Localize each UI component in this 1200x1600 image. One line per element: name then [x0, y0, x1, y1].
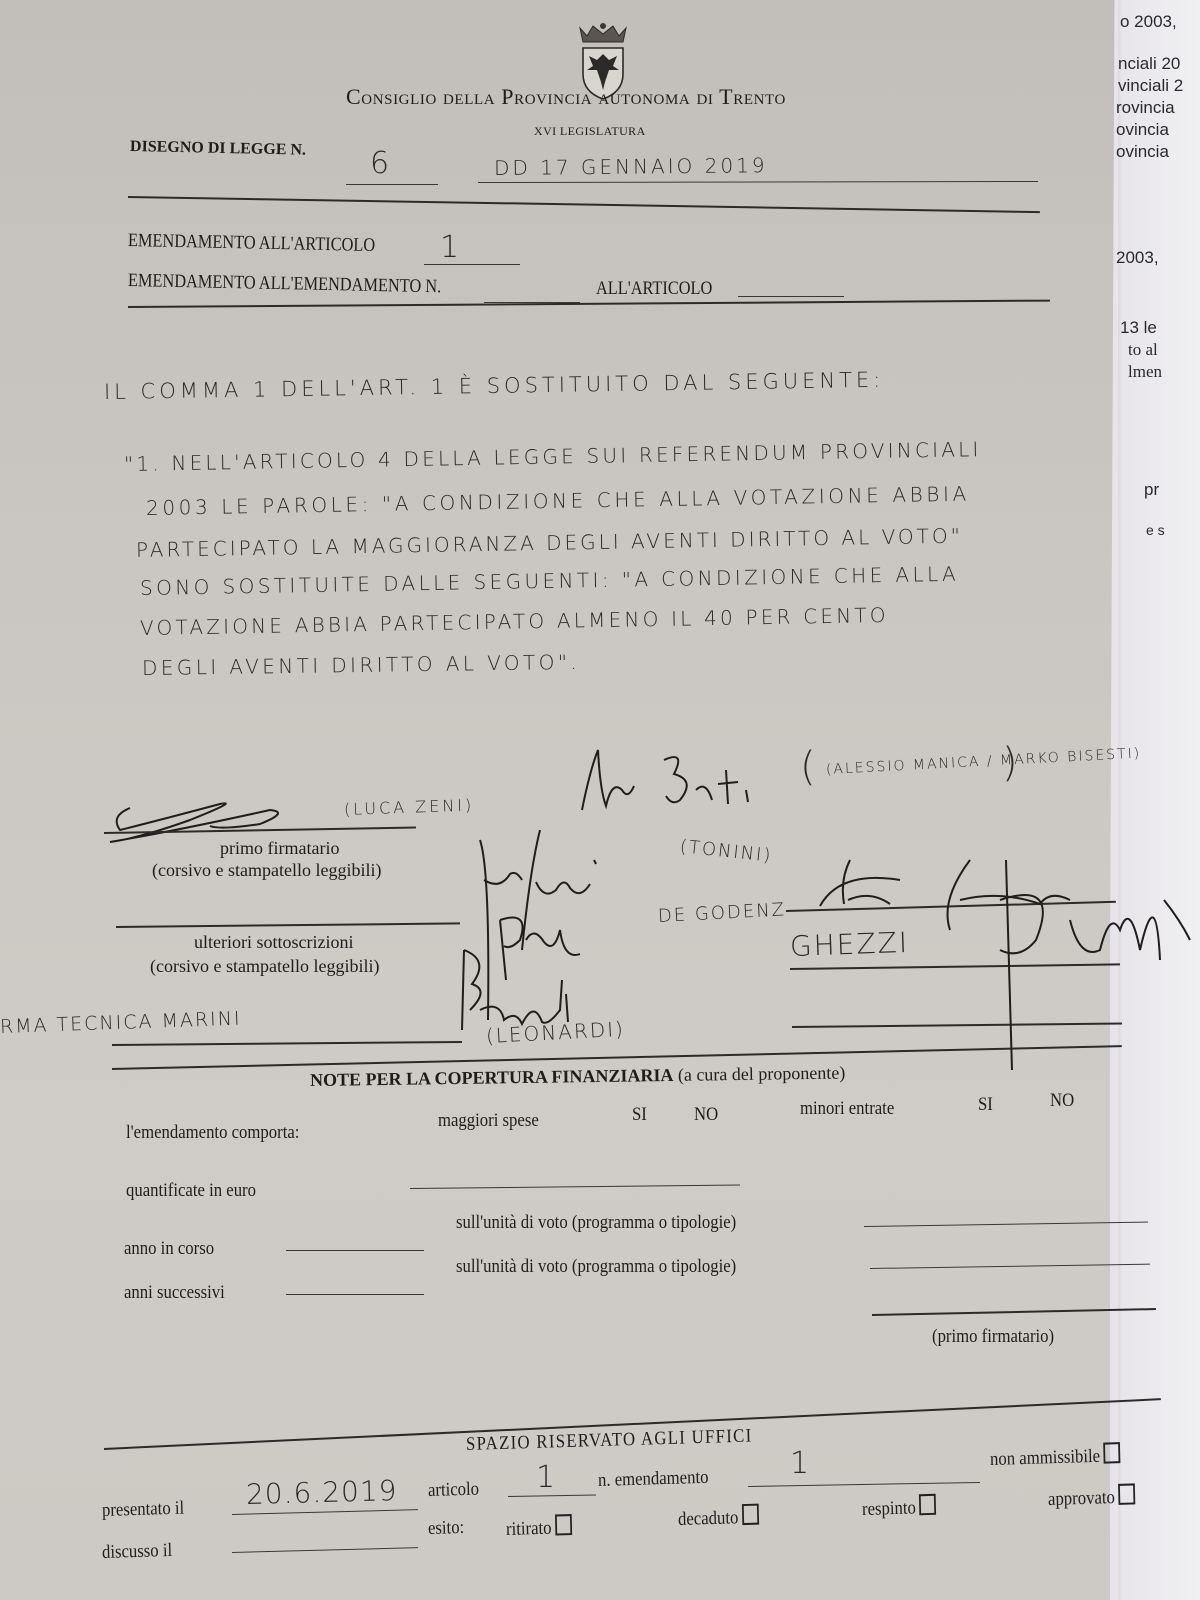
underlying-fragment: nciali 20: [1118, 54, 1180, 74]
amendment-to-article-field[interactable]: [738, 296, 844, 297]
legible-note: (corsivo e stampatello leggibili): [152, 860, 381, 881]
primo-firmatario-finance-label: (primo firmatario): [932, 1326, 1054, 1348]
amendment-article-value[interactable]: 1: [440, 230, 462, 265]
decaduto-label: decaduto: [678, 1507, 739, 1530]
unita-voto-label: sull'unità di voto (programma o tipologi…: [456, 1212, 736, 1234]
quantificate-label: quantificate in euro: [126, 1180, 256, 1202]
bill-number-underline: [346, 184, 438, 185]
articolo-label: articolo: [428, 1478, 480, 1502]
ritirato-option[interactable]: ritirato: [506, 1514, 572, 1541]
signature-name-note: GHEZZI: [789, 926, 909, 963]
n-emendamento-value[interactable]: 1: [790, 1446, 812, 1481]
council-title: Consiglio della Provincia autonoma di Tr…: [346, 84, 786, 110]
paren-close: ): [1002, 740, 1021, 786]
presentato-label: presentato il: [102, 1498, 185, 1522]
underlying-page: o 2003, nciali 20 vinciali 2 rovincia ov…: [1110, 0, 1200, 1600]
bill-date-note[interactable]: DD 17 GENNAIO 2019: [494, 153, 768, 180]
anno-in-corso-field[interactable]: [286, 1250, 424, 1251]
underlying-fragment: e s: [1146, 522, 1165, 538]
ritirato-label: ritirato: [506, 1518, 552, 1540]
presentato-value[interactable]: 20.6.2019: [246, 1474, 398, 1511]
primo-firmatario-label: primo firmatario: [220, 838, 339, 859]
minori-entrate-label: minori entrate: [800, 1098, 894, 1120]
respinto-checkbox[interactable]: [919, 1494, 936, 1515]
ritirato-checkbox[interactable]: [555, 1514, 572, 1535]
approvato-label: approvato: [1048, 1487, 1115, 1510]
maggiori-spese-no[interactable]: NO: [694, 1104, 718, 1126]
comporta-label: l'emendamento comporta:: [126, 1122, 299, 1144]
underlying-fragment: ovincia: [1116, 120, 1169, 140]
underlying-fragment: ovincia: [1116, 142, 1169, 162]
minori-entrate-si[interactable]: SI: [978, 1094, 993, 1116]
non-ammissibile-label: non ammissibile: [990, 1446, 1101, 1470]
financial-notes-title-text: NOTE PER LA COPERTURA FINANZIARIA: [310, 1065, 674, 1090]
financial-notes-title-suffix: (a cura del proponente): [678, 1063, 846, 1085]
signature-bisesti: [576, 740, 776, 820]
n-emendamento-label: n. emendamento: [598, 1467, 709, 1492]
underlying-fragment: 2003,: [1116, 248, 1159, 268]
unita-voto-label-2: sull'unità di voto (programma o tipologi…: [456, 1256, 736, 1278]
bill-number-label: DISEGNO DI LEGGE N.: [130, 138, 306, 160]
underlying-fragment: 13 le: [1120, 318, 1157, 338]
decaduto-checkbox[interactable]: [742, 1504, 759, 1525]
amendment-article-underline: [424, 264, 520, 265]
paren-open: (: [800, 744, 819, 790]
anno-in-corso-label: anno in corso: [124, 1238, 214, 1260]
anni-successivi-field[interactable]: [286, 1294, 424, 1295]
respinto-option[interactable]: respinto: [862, 1494, 937, 1521]
underlying-fragment: to al: [1128, 340, 1158, 360]
minori-entrate-no[interactable]: NO: [1050, 1090, 1074, 1112]
esito-label: esito:: [428, 1517, 465, 1540]
underlying-fragment: rovincia: [1116, 98, 1175, 118]
approvato-option[interactable]: approvato: [1048, 1483, 1136, 1511]
bill-number-value[interactable]: 6: [370, 146, 392, 181]
decaduto-option[interactable]: decaduto: [678, 1504, 759, 1531]
discusso-label: discusso il: [102, 1540, 173, 1564]
non-ammissibile-option[interactable]: non ammissibile: [990, 1442, 1121, 1471]
maggiori-spese-label: maggiori spese: [438, 1110, 539, 1132]
amendment-to-article-label: ALL'ARTICOLO: [596, 278, 712, 300]
underlying-fragment: lmen: [1128, 362, 1162, 382]
respinto-label: respinto: [862, 1497, 916, 1520]
page-edge-shadow: [1118, 0, 1122, 1600]
anni-successivi-label: anni successivi: [124, 1282, 225, 1304]
underlying-fragment: vinciali 2: [1118, 76, 1183, 96]
approvato-checkbox[interactable]: [1118, 1483, 1135, 1504]
underlying-fragment: pr: [1144, 480, 1159, 500]
underlying-fragment: o 2003,: [1120, 12, 1177, 32]
ulteriori-label: ulteriori sottoscrizioni: [194, 932, 353, 953]
legislature-label: XVI LEGISLATURA: [534, 124, 646, 139]
articolo-value[interactable]: 1: [536, 1460, 558, 1495]
maggiori-spese-si[interactable]: SI: [632, 1104, 647, 1126]
non-ammissibile-checkbox[interactable]: [1103, 1442, 1120, 1463]
legible-note-2: (corsivo e stampatello leggibili): [150, 956, 379, 977]
